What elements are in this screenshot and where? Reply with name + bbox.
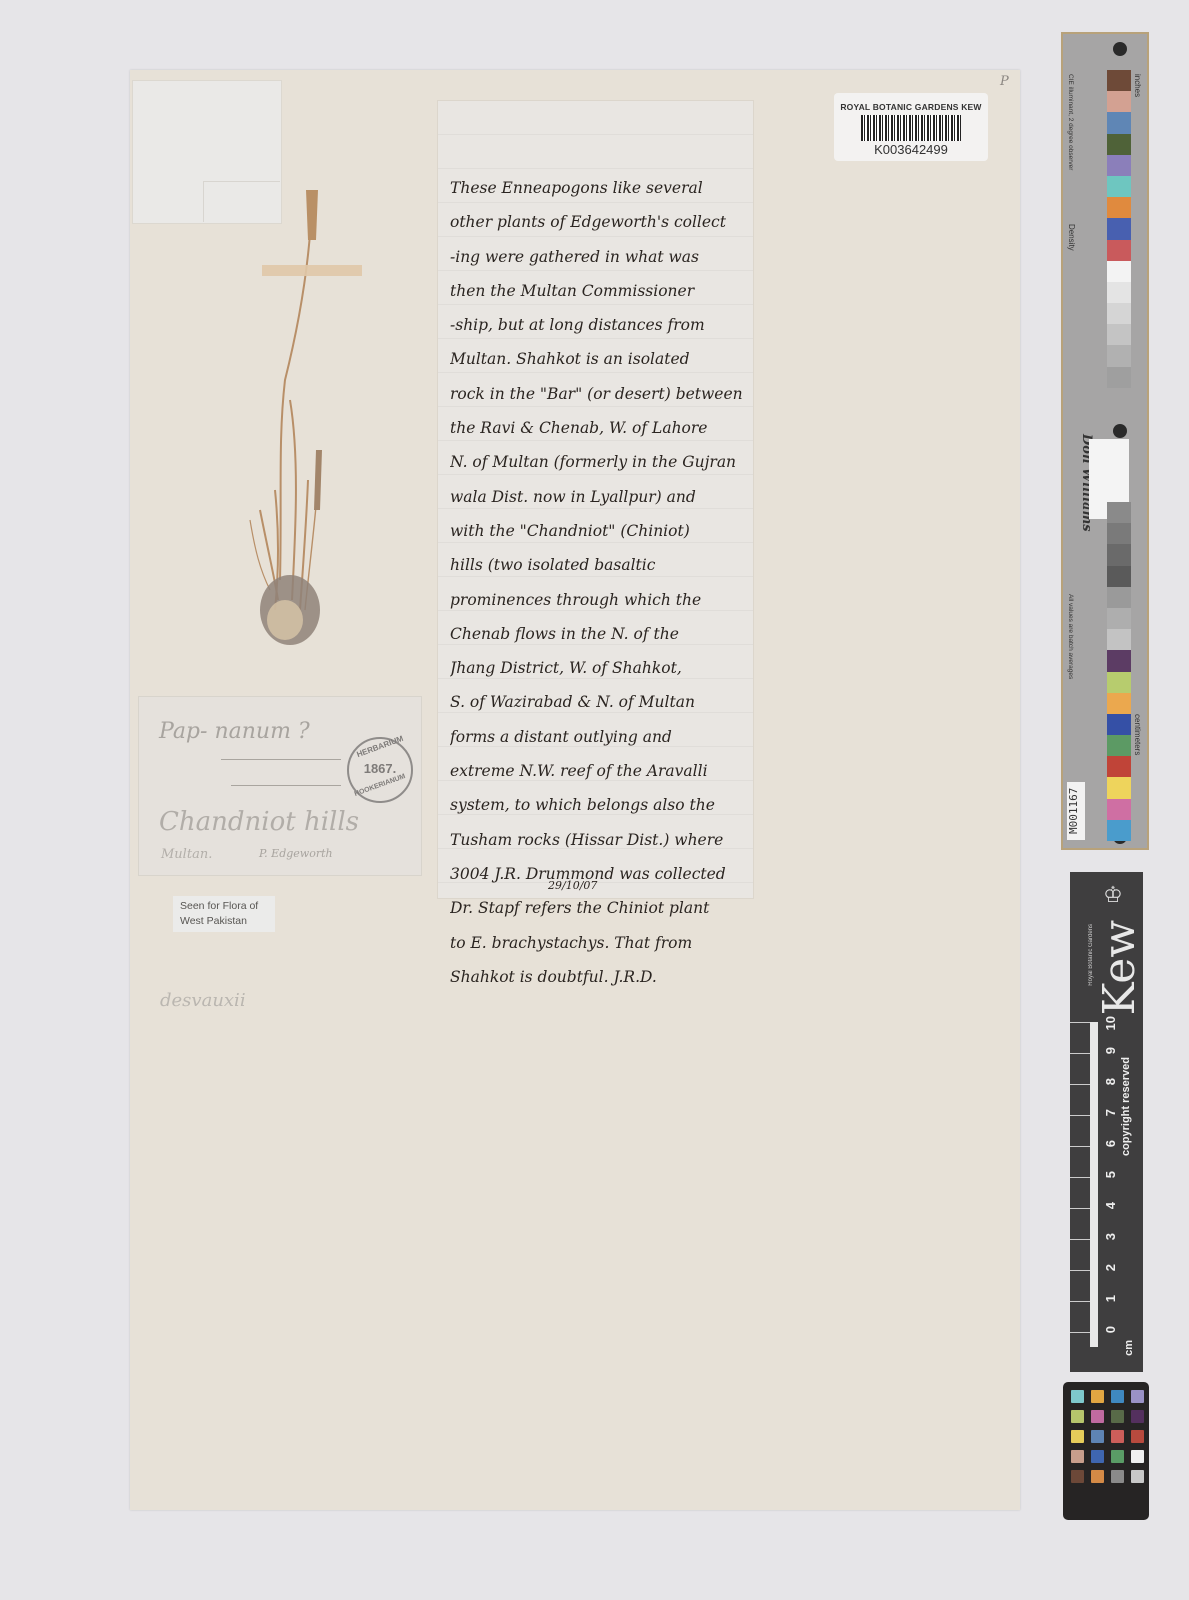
- checker-cell: [1071, 1450, 1084, 1463]
- checker-cell: [1111, 1450, 1124, 1463]
- herbarium-stamp: HERBARIUM 1867. HOOKERIANUM: [347, 737, 413, 803]
- note-line: -ing were gathered in what was: [450, 240, 747, 274]
- ruler-tick-label: 10: [1103, 1016, 1118, 1030]
- color-swatch: [1107, 693, 1131, 714]
- seen-for-flora-label: Seen for Flora of West Pakistan: [173, 896, 275, 932]
- color-swatch: [1107, 324, 1131, 345]
- ruler-segment: [1070, 1177, 1090, 1209]
- ruler-tick-label: 2: [1103, 1264, 1118, 1271]
- color-swatch: [1107, 820, 1131, 841]
- original-collection-label: Pap- nanum ? Chandniot hills Multan. P. …: [138, 696, 422, 876]
- barcode-number: K003642499: [834, 142, 988, 157]
- ruler-tick-label: 0: [1103, 1326, 1118, 1333]
- color-checker-card: [1063, 1382, 1149, 1520]
- note-line: rock in the "Bar" (or desert) between: [450, 377, 747, 411]
- checker-cell: [1111, 1390, 1124, 1403]
- punch-hole-icon: [1113, 42, 1127, 56]
- ruler-tick-label: 8: [1103, 1078, 1118, 1085]
- barcode-label: ROYAL BOTANIC GARDENS KEW K003642499: [834, 93, 988, 161]
- ruler-tick-label: 3: [1103, 1233, 1118, 1240]
- ruler-tick-label: 4: [1103, 1202, 1118, 1209]
- note-line: -ship, but at long distances from: [450, 308, 747, 342]
- checker-cell: [1071, 1410, 1084, 1423]
- color-swatch: [1107, 91, 1131, 112]
- color-swatch: [1107, 799, 1131, 820]
- ruler-tick-label: 5: [1103, 1171, 1118, 1178]
- color-swatch: [1107, 282, 1131, 303]
- kew-logo-subtext: Royal Botanic Gardens: [1088, 924, 1094, 986]
- color-swatch: [1107, 112, 1131, 133]
- centimeters-label: centimeters: [1133, 714, 1142, 755]
- ruler-segment: [1070, 1301, 1090, 1333]
- note-line: the Ravi & Chenab, W. of Lahore: [450, 411, 747, 445]
- note-line: These Enneapogons like several: [450, 171, 747, 205]
- copyright-label: copyright reserved: [1120, 1057, 1132, 1156]
- handwritten-note: These Enneapogons like several other pla…: [437, 100, 754, 899]
- note-line: Jhang District, W. of Shahkot,: [450, 651, 747, 685]
- color-swatch: [1107, 777, 1131, 798]
- ruler-tick-label: 1: [1103, 1295, 1118, 1302]
- note-line: Dr. Stapf refers the Chiniot plant: [450, 891, 747, 925]
- kew-scale-ruler: ♔ Kew Royal Botanic Gardens copyright re…: [1070, 872, 1143, 1372]
- color-swatch: [1107, 367, 1131, 388]
- label-region: Multan.: [161, 847, 212, 862]
- note-line: then the Multan Commissioner: [450, 274, 747, 308]
- color-swatch: [1107, 502, 1131, 523]
- label-locality: Chandniot hills: [159, 807, 359, 837]
- color-checker-grid: [1071, 1390, 1144, 1483]
- color-swatch: [1107, 70, 1131, 91]
- ruler-segment: [1070, 1022, 1090, 1054]
- ruler-tick-label: 9: [1103, 1047, 1118, 1054]
- illuminant-label: CIE illuminant, 2 degree observer: [1067, 74, 1074, 170]
- ruler-tick-label: 7: [1103, 1109, 1118, 1116]
- ruler-segment: [1070, 1208, 1090, 1240]
- ruler-segment: [1070, 1053, 1090, 1085]
- punch-hole-icon: [1113, 424, 1127, 438]
- checker-cell: [1091, 1470, 1104, 1483]
- color-swatch: [1107, 735, 1131, 756]
- note-line: other plants of Edgeworth's collect: [450, 205, 747, 239]
- royal-crest-icon: ♔: [1096, 880, 1130, 910]
- note-line: Shahkot is doubtful. J.R.D.: [450, 960, 747, 994]
- kew-logo: Kew: [1098, 920, 1142, 1015]
- note-line: S. of Wazirabad & N. of Multan: [450, 685, 747, 719]
- note-line: forms a distant outlying and: [450, 720, 747, 754]
- checker-cell: [1131, 1450, 1144, 1463]
- note-line: extreme N.W. reef of the Aravalli: [450, 754, 747, 788]
- label-taxon-name: Pap- nanum ?: [159, 719, 310, 744]
- color-swatch: [1107, 197, 1131, 218]
- color-swatch: [1107, 303, 1131, 324]
- checker-cell: [1091, 1410, 1104, 1423]
- label-rule: [231, 785, 341, 786]
- ruler-tick-label: 6: [1103, 1140, 1118, 1147]
- note-line: Tusham rocks (Hissar Dist.) where: [450, 823, 747, 857]
- note-line: 3004 J.R. Drummond was collected: [450, 857, 747, 891]
- color-swatches-top: [1107, 70, 1131, 388]
- note-line: hills (two isolated basaltic: [450, 548, 747, 582]
- color-swatch: [1107, 544, 1131, 565]
- color-swatch: [1107, 345, 1131, 366]
- mounting-tape: [262, 265, 362, 276]
- ruler-scale: 012345678910: [1070, 1022, 1098, 1347]
- color-swatch: [1107, 176, 1131, 197]
- ruler-segment: [1070, 1332, 1090, 1364]
- ruler-segment: [1070, 1146, 1090, 1178]
- checker-cell: [1111, 1430, 1124, 1443]
- note-line: with the "Chandniot" (Chiniot): [450, 514, 747, 548]
- checker-cell: [1071, 1430, 1084, 1443]
- inches-label: inches: [1133, 74, 1142, 97]
- checker-cell: [1111, 1410, 1124, 1423]
- color-swatch: [1107, 629, 1131, 650]
- checker-cell: [1111, 1470, 1124, 1483]
- label-collector: P. Edgeworth: [259, 847, 333, 860]
- cm-label: cm: [1123, 1340, 1135, 1356]
- note-line: system, to which belongs also the: [450, 788, 747, 822]
- color-swatch: [1107, 155, 1131, 176]
- color-swatch: [1107, 672, 1131, 693]
- determination-note: desvauxii: [160, 990, 246, 1011]
- color-swatch: [1107, 756, 1131, 777]
- checker-cell: [1071, 1470, 1084, 1483]
- label-rule: [221, 759, 341, 760]
- color-swatch: [1107, 650, 1131, 671]
- checker-cell: [1131, 1470, 1144, 1483]
- checker-cell: [1091, 1450, 1104, 1463]
- checker-cell: [1091, 1390, 1104, 1403]
- ruler-segment: [1070, 1270, 1090, 1302]
- note-line: prominences through which the: [450, 583, 747, 617]
- checker-cell: [1131, 1390, 1144, 1403]
- note-line: Multan. Shahkot is an isolated: [450, 342, 747, 376]
- barcode-icon: [861, 115, 961, 141]
- institution-name: ROYAL BOTANIC GARDENS KEW: [834, 102, 988, 112]
- color-swatch: [1107, 218, 1131, 239]
- color-swatches-bottom: [1107, 502, 1131, 841]
- checker-cell: [1091, 1430, 1104, 1443]
- color-calibration-bar: inches CIE illuminant, 2 degree observer…: [1061, 32, 1149, 850]
- stamp-top-text: HERBARIUM: [349, 732, 410, 762]
- ruler-segment: [1070, 1084, 1090, 1116]
- sheet-mark: P: [1000, 74, 1009, 89]
- note-line: wala Dist. now in Lyallpur) and: [450, 480, 747, 514]
- grass-specimen-icon: [230, 180, 370, 660]
- seen-label-line: Seen for Flora of: [180, 899, 268, 914]
- color-swatch: [1107, 261, 1131, 282]
- note-line: to E. brachystachys. That from: [450, 926, 747, 960]
- color-swatch: [1107, 714, 1131, 735]
- color-bar-serial: M001167: [1067, 782, 1085, 840]
- note-text: These Enneapogons like several other pla…: [450, 171, 747, 994]
- color-swatch: [1107, 587, 1131, 608]
- checker-cell: [1131, 1430, 1144, 1443]
- note-line: Chenab flows in the N. of the: [450, 617, 747, 651]
- color-swatch: [1107, 134, 1131, 155]
- note-line: N. of Multan (formerly in the Gujran: [450, 445, 747, 479]
- ruler-segment: [1070, 1115, 1090, 1147]
- ruler-segment: [1070, 1239, 1090, 1271]
- color-swatch: [1107, 240, 1131, 261]
- color-swatch: [1107, 523, 1131, 544]
- batch-note: All values are batch averages: [1067, 594, 1074, 679]
- density-label: Density: [1067, 224, 1076, 251]
- checker-cell: [1131, 1410, 1144, 1423]
- note-date: 29/10/07: [548, 879, 597, 892]
- color-swatch: [1107, 608, 1131, 629]
- seen-label-line: West Pakistan: [180, 914, 268, 929]
- checker-cell: [1071, 1390, 1084, 1403]
- color-swatch: [1107, 566, 1131, 587]
